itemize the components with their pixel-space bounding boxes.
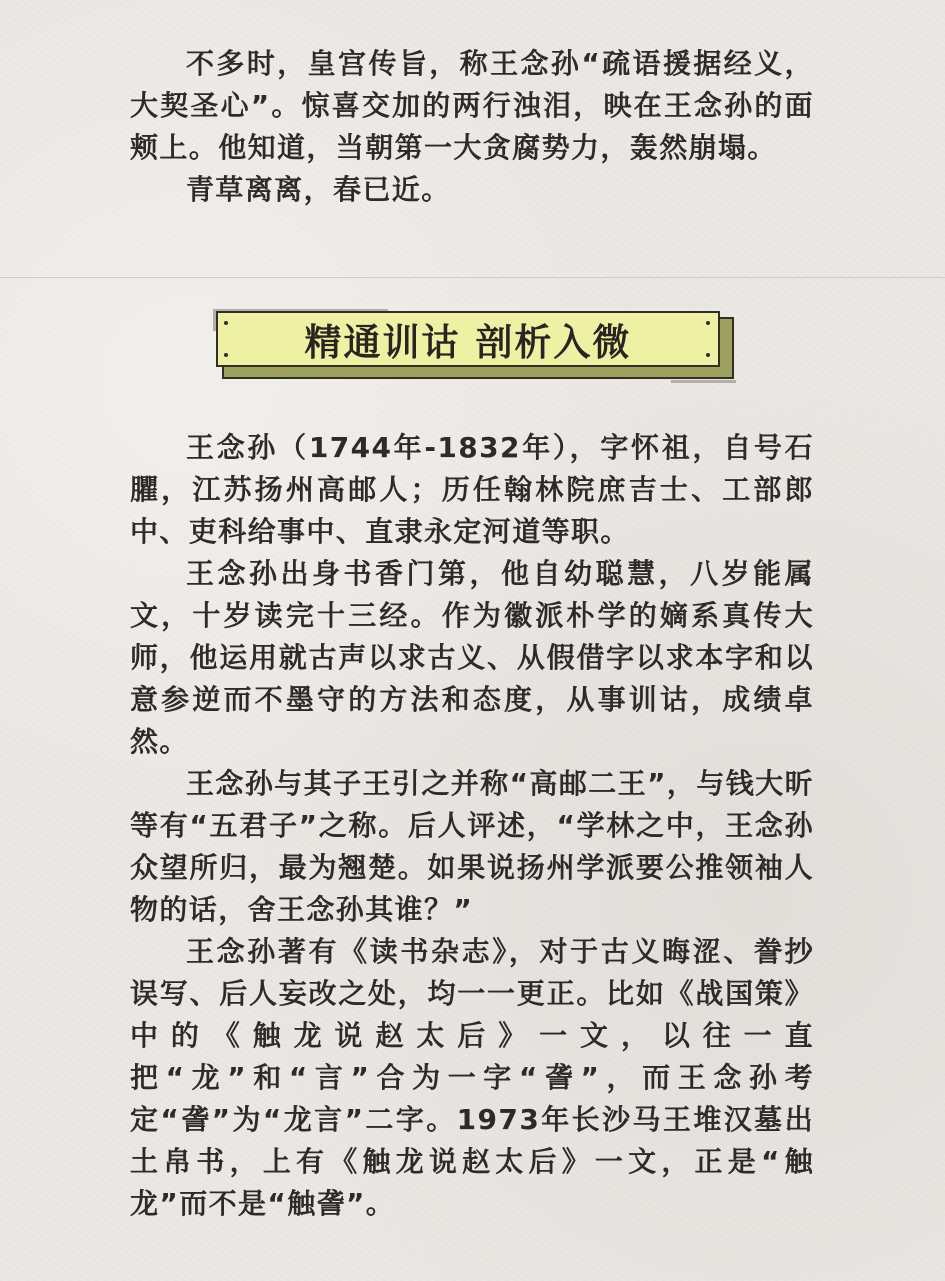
section-title-banner: 精通训诂 剖析入微 <box>216 309 728 373</box>
paragraph: 王念孙出身书香门第，他自幼聪慧，八岁能属文，十岁读完十三经。作为徽派朴学的嫡系真… <box>130 553 814 763</box>
top-text-section: 不多时，皇宫传旨，称王念孙“疏语援据经义，大契圣心”。惊喜交加的两行浊泪，映在王… <box>130 43 814 211</box>
section-divider <box>0 277 945 278</box>
decorative-line <box>671 380 736 383</box>
main-text-section: 王念孙（1744年-1832年），字怀祖，自号石臞，江苏扬州高邮人；历任翰林院庶… <box>130 427 814 1225</box>
paragraph: 王念孙（1744年-1832年），字怀祖，自号石臞，江苏扬州高邮人；历任翰林院庶… <box>130 427 814 553</box>
section-title: 精通训诂 剖析入微 <box>216 311 720 367</box>
rivet-icon <box>706 353 710 357</box>
rivet-icon <box>224 321 228 325</box>
rivet-icon <box>224 353 228 357</box>
paragraph: 王念孙与其子王引之并称“高邮二王”，与钱大昕等有“五君子”之称。后人评述，“学林… <box>130 763 814 931</box>
rivet-icon <box>706 321 710 325</box>
paragraph: 青草离离，春已近。 <box>130 169 814 211</box>
section-title-text: 精通训诂 剖析入微 <box>305 312 632 366</box>
paragraph: 王念孙著有《读书杂志》，对于古义晦涩、誊抄误写、后人妄改之处，均一一更正。比如《… <box>130 931 814 1225</box>
paragraph: 不多时，皇宫传旨，称王念孙“疏语援据经义，大契圣心”。惊喜交加的两行浊泪，映在王… <box>130 43 814 169</box>
